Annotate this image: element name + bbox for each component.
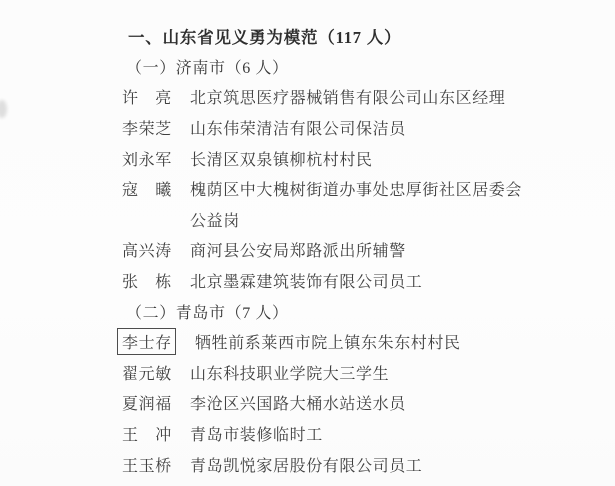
entry-row: 夏润福 李沧区兴国路大桶水站送水员 [122, 388, 615, 419]
entry-description-line2: 公益岗 [190, 208, 240, 231]
section-heading-qingdao: （二）青岛市（7 人） [126, 296, 615, 327]
entry-row: 高兴涛 商河县公安局郑路派出所辅警 [122, 235, 615, 266]
entry-name: 王玉桥 [122, 453, 171, 476]
entry-name: 寇 曦 [122, 177, 171, 200]
entry-name: 许 亮 [122, 85, 171, 108]
entry-row: 李士存 牺牲前系莱西市院上镇东朱东村村民 [122, 326, 615, 357]
entry-row: 许 亮 北京筑思医疗器械销售有限公司山东区经理 [122, 82, 615, 113]
entry-row-continuation: 公益岗 [122, 204, 615, 235]
entry-description: 牺牲前系莱西市院上镇东朱东村村民 [195, 330, 461, 353]
entry-description: 李沧区兴国路大桶水站送水员 [190, 391, 406, 414]
entry-row: 王 冲 青岛市装修临时工 [122, 418, 615, 449]
entry-row: 李荣芝 山东伟荣清洁有限公司保洁员 [122, 112, 615, 143]
list-title: 一、山东省见义勇为模范（117 人） [128, 21, 615, 52]
entry-name: 李荣芝 [122, 116, 171, 139]
entry-row: 刘永军 长清区双泉镇柳杭村村民 [122, 143, 615, 174]
document-page: 一、山东省见义勇为模范（117 人） （一）济南市（6 人） 许 亮 北京筑思医… [0, 0, 615, 486]
entry-row: 王玉桥 青岛凯悦家居股份有限公司员工 [122, 449, 615, 480]
entry-name: 王 冲 [122, 422, 171, 445]
entry-name-deceased-boxed: 李士存 [117, 328, 176, 355]
entry-description: 山东伟荣清洁有限公司保洁员 [190, 116, 406, 139]
entry-description: 商河县公安局郑路派出所辅警 [190, 238, 406, 261]
section-heading-jinan: （一）济南市（6 人） [126, 51, 615, 82]
entry-description: 长清区双泉镇柳杭村村民 [190, 147, 373, 170]
entry-name: 高兴涛 [122, 238, 171, 261]
entry-name: 张 栋 [122, 269, 171, 292]
entry-description: 北京筑思医疗器械销售有限公司山东区经理 [190, 85, 505, 108]
entry-name: 夏润福 [122, 391, 171, 414]
entry-description: 北京墨霖建筑装饰有限公司员工 [190, 269, 422, 292]
entry-description: 槐荫区中大槐树街道办事处忠厚街社区居委会 [190, 177, 522, 200]
entry-name: 刘永军 [122, 147, 171, 170]
entry-row: 翟元敏 山东科技职业学院大三学生 [122, 357, 615, 388]
entry-name: 翟元敏 [122, 361, 171, 384]
scan-artifact [0, 100, 7, 118]
entry-row: 张 栋 北京墨霖建筑装饰有限公司员工 [122, 265, 615, 296]
entry-description: 山东科技职业学院大三学生 [190, 361, 389, 384]
entry-row: 寇 曦 槐荫区中大槐树街道办事处忠厚街社区居委会 [122, 173, 615, 204]
entry-description: 青岛凯悦家居股份有限公司员工 [190, 453, 422, 476]
entry-description: 青岛市装修临时工 [190, 422, 323, 445]
